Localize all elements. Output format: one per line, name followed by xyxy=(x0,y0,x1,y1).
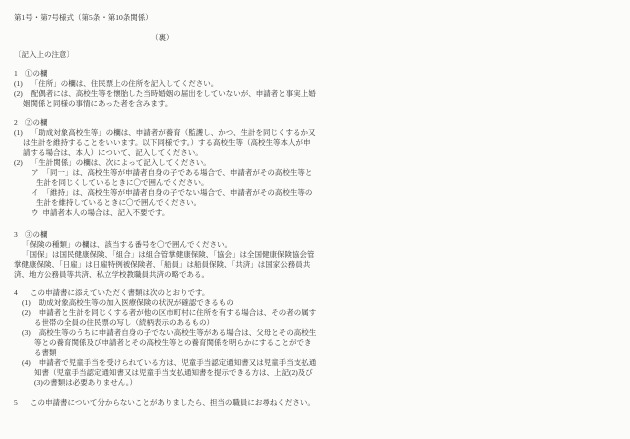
list-item: (1)「住所」の欄は、住民票上の住所を記入してください。 xyxy=(14,79,318,89)
section-number: 4 xyxy=(14,288,30,298)
item-marker: (1) xyxy=(22,298,31,307)
section-title: ②の欄 xyxy=(25,118,48,127)
sub-list-item: イ「維持」は、高校生等が申請者自身の子でない場合で、申請者がその高校生等の生計を… xyxy=(14,188,318,208)
section-number: 1 xyxy=(14,69,25,79)
section-number: 3 xyxy=(14,230,25,240)
item-marker: (1) xyxy=(14,79,23,88)
section-4-heading: 4この申請書に添えていただく書類は次のとおりです。 xyxy=(14,288,318,298)
item-text: 申請者本人の場合は、記入不要です。 xyxy=(43,208,170,217)
section-1: 1①の欄 (1)「住所」の欄は、住民票上の住所を記入してください。 (2)配偶者… xyxy=(14,69,318,109)
item-marker: (1) xyxy=(14,128,23,137)
section-1-heading: 1①の欄 xyxy=(14,69,318,79)
section-number: 5 xyxy=(14,398,30,408)
item-text: 「生計関係」の欄は、次によって記入してください。 xyxy=(31,158,211,167)
section-number: 2 xyxy=(14,118,25,128)
form-number: 第1号・第7号様式（第5条・第10条関係） xyxy=(14,13,318,23)
section-2: 2②の欄 (1)「助成対象高校生等」の欄は、申請者が養育（監護し、かつ、生計を同… xyxy=(14,118,318,218)
paragraph: 「国保」は国民健康保険、「組合」は組合管掌健康保険、「協会」は全国健康保険協会管… xyxy=(14,250,318,280)
item-marker: ア xyxy=(31,168,39,177)
section-title: ①の欄 xyxy=(25,69,48,78)
item-marker: ウ xyxy=(31,208,39,217)
list-item: (2)申請者と生計を同じくする者が他の区市町村に住所を有する場合は、その者の属す… xyxy=(14,308,318,328)
item-text: 助成対象高校生等の加入医療保険の状況が確認できるもの xyxy=(39,298,234,307)
section-4: 4この申請書に添えていただく書類は次のとおりです。 (1)助成対象高校生等の加入… xyxy=(14,288,318,388)
sub-list-item: ア「同一」は、高校生等が申請者自身の子である場合で、申請者がその高校生等と生計を… xyxy=(14,168,318,188)
item-marker: (2) xyxy=(14,158,23,167)
section-3: 3③の欄 「保険の種類」の欄は、該当する番号を〇で囲んでください。 「国保」は国… xyxy=(14,230,318,280)
item-marker: (3) xyxy=(22,328,31,337)
section-5: 5この申請書について分からないことがありましたら、担当の職員にお尋ねください。 xyxy=(14,398,318,408)
item-marker: (2) xyxy=(22,308,31,317)
item-marker: (2) xyxy=(14,89,23,98)
list-item: (3)高校生等のうちに申請者自身の子でない高校生等がある場合は、父母とその高校生… xyxy=(14,328,318,358)
item-text: 申請者で児童手当を受けられている方は、児童手当認定通知書又は児童手当支払通知書（… xyxy=(34,358,316,387)
section-intro: この申請書について分からないことがありましたら、担当の職員にお尋ねください。 xyxy=(30,398,315,407)
section-intro: この申請書に添えていただく書類は次のとおりです。 xyxy=(30,288,209,297)
item-text: 「維持」は、高校生等が申請者自身の子でない場合で、申請者がその高校生等の生計を維… xyxy=(36,188,312,207)
list-item: (1)助成対象高校生等の加入医療保険の状況が確認できるもの xyxy=(14,298,318,308)
item-text: 「住所」の欄は、住民票上の住所を記入してください。 xyxy=(31,79,219,88)
item-marker: イ xyxy=(31,188,39,197)
item-marker: (4) xyxy=(22,358,31,367)
list-item: (2)配偶者には、高校生等を懐胎した当時婚姻の届出をしていないが、申請者と事実上… xyxy=(14,89,318,109)
list-item: (1)「助成対象高校生等」の欄は、申請者が養育（監護し、かつ、生計を同じくするか… xyxy=(14,128,318,158)
page-side-row: （裏） xyxy=(14,33,318,43)
section-2-heading: 2②の欄 xyxy=(14,118,318,128)
section-5-heading: 5この申請書について分からないことがありましたら、担当の職員にお尋ねください。 xyxy=(14,398,318,408)
notice-title: 〔記入上の注意〕 xyxy=(14,50,318,60)
item-text: 配偶者には、高校生等を懐胎した当時婚姻の届出をしていないが、申請者と事実上婚姻関… xyxy=(23,89,316,108)
item-text: 高校生等のうちに申請者自身の子でない高校生等がある場合は、父母とその高校生等との… xyxy=(34,328,316,357)
item-text: 「同一」は、高校生等が申請者自身の子である場合で、申請者がその高校生等と生計を同… xyxy=(36,168,312,187)
item-text: 申請者と生計を同じくする者が他の区市町村に住所を有する場合は、その者の属する世帯… xyxy=(34,308,316,327)
section-title: ③の欄 xyxy=(25,230,48,239)
list-item: (2)「生計関係」の欄は、次によって記入してください。 xyxy=(14,158,318,168)
page-side-label: （裏） xyxy=(151,33,174,43)
item-text: 「助成対象高校生等」の欄は、申請者が養育（監護し、かつ、生計を同じくするか又は生… xyxy=(23,128,315,157)
paragraph: 「保険の種類」の欄は、該当する番号を〇で囲んでください。 xyxy=(14,240,318,250)
sub-list-item: ウ申請者本人の場合は、記入不要です。 xyxy=(14,208,318,218)
document-page: 第1号・第7号様式（第5条・第10条関係） （裏） 〔記入上の注意〕 1①の欄 … xyxy=(0,0,630,439)
list-item: (4)申請者で児童手当を受けられている方は、児童手当認定通知書又は児童手当支払通… xyxy=(14,358,318,388)
section-3-heading: 3③の欄 xyxy=(14,230,318,240)
